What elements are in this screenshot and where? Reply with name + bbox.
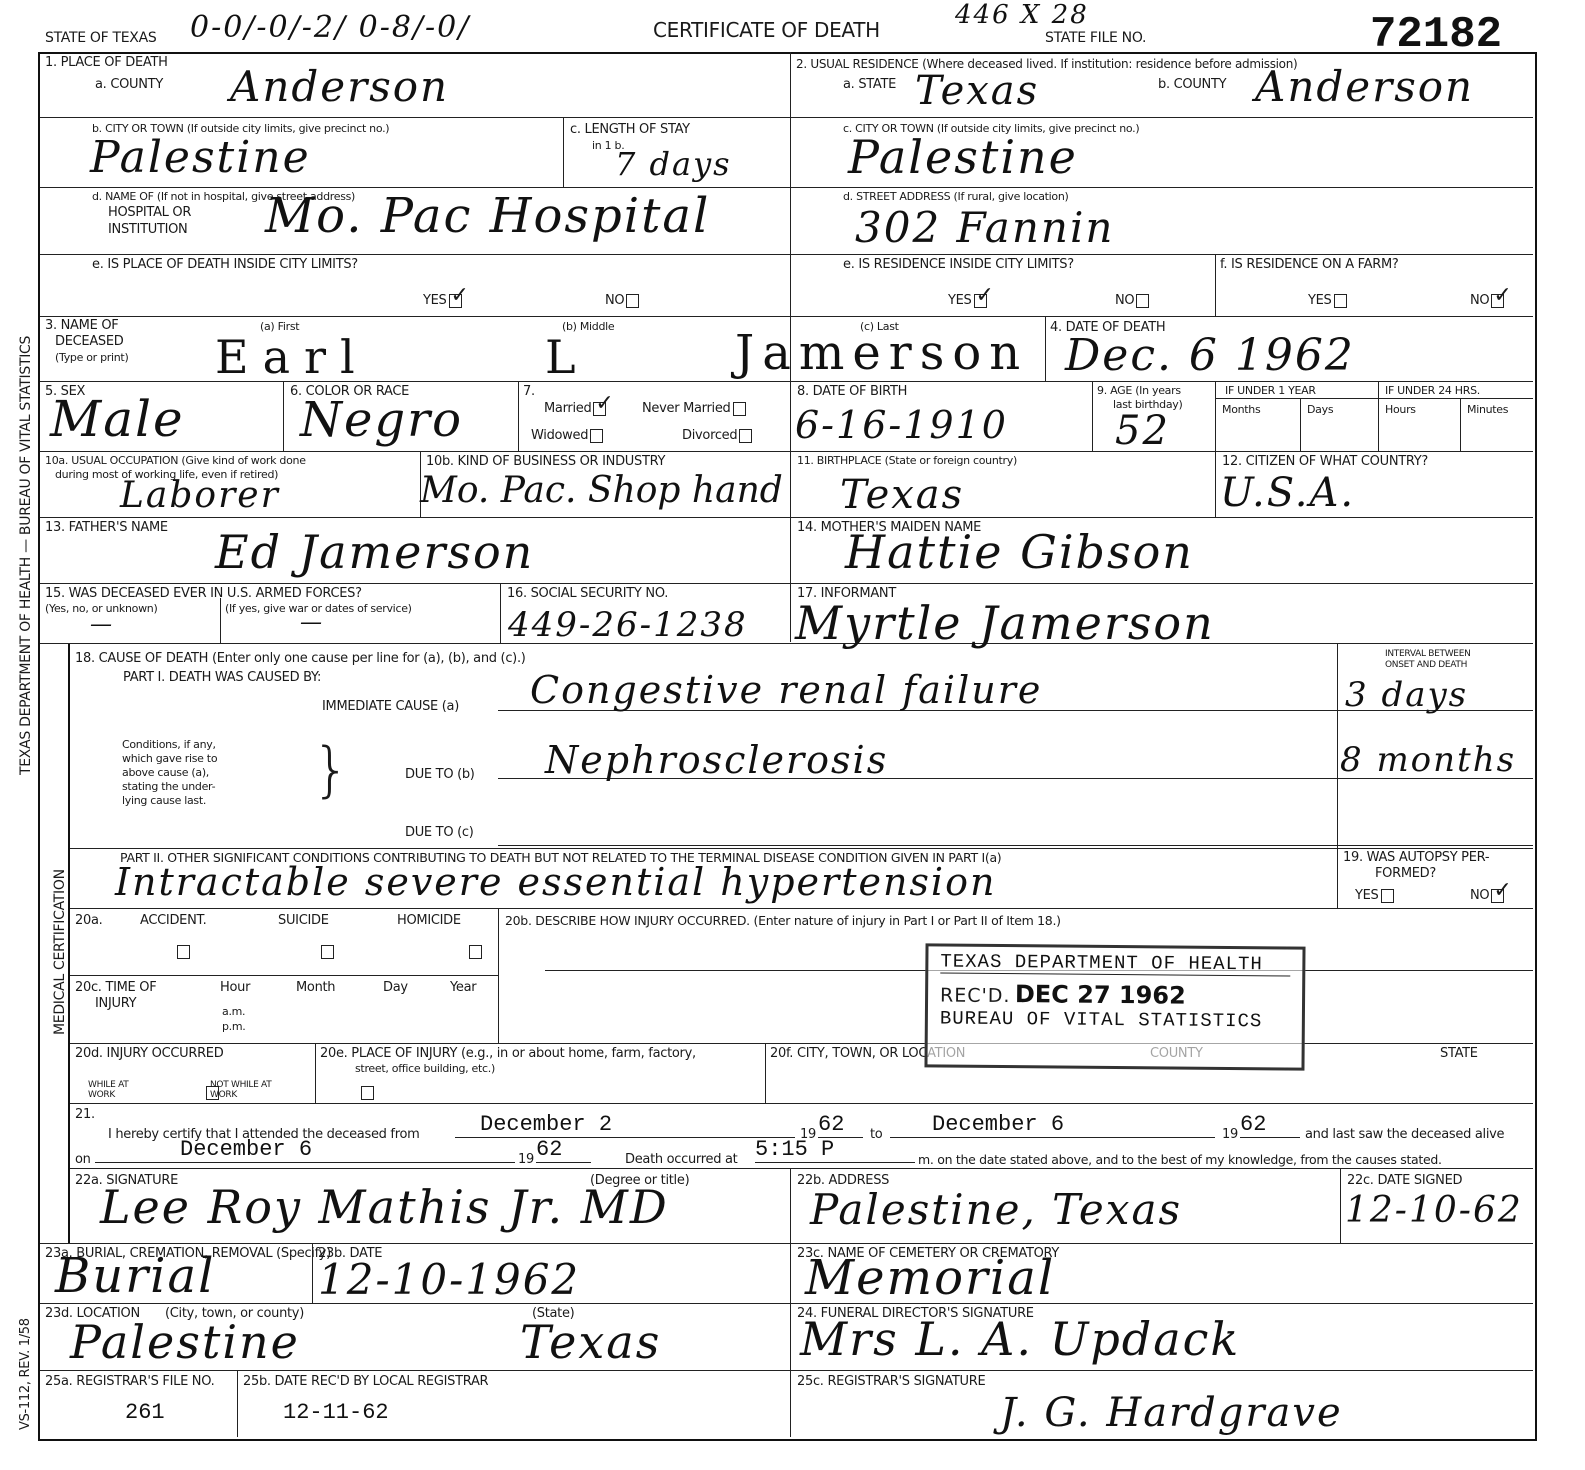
- attended-from-date: December 2: [455, 1112, 795, 1138]
- injury-occurred-label: 20d. INJURY OCCURRED: [75, 1046, 223, 1061]
- interval-label: INTERVAL BETWEEN: [1385, 649, 1471, 659]
- year-prefix: 19: [1222, 1127, 1238, 1142]
- date-recd-label: 25b. DATE REC'D BY LOCAL REGISTRAR: [243, 1374, 488, 1389]
- under-day-label: IF UNDER 24 HRS.: [1385, 384, 1480, 397]
- stamp-received-date: DEC 27 1962: [1015, 980, 1186, 1009]
- last-seen-date: December 6: [95, 1137, 515, 1163]
- farm-yes[interactable]: YES: [1308, 293, 1347, 308]
- note-line: lying cause last.: [122, 794, 217, 808]
- ssn-label: 16. SOCIAL SECURITY NO.: [507, 586, 668, 601]
- industry-label: 10b. KIND OF BUSINESS OR INDUSTRY: [426, 454, 665, 469]
- immediate-cause-label: IMMEDIATE CAUSE (a): [322, 699, 459, 714]
- farm-label: f. IS RESIDENCE ON A FARM?: [1220, 257, 1398, 272]
- divider: [790, 381, 791, 451]
- birthplace-label: 11. BIRTHPLACE (State or foreign country…: [797, 454, 1017, 467]
- stay-label: c. LENGTH OF STAY: [570, 122, 690, 137]
- date-signed-label: 22c. DATE SIGNED: [1347, 1173, 1462, 1188]
- disposition-value: Burial: [55, 1248, 215, 1304]
- death-time-value: 5:15 P: [755, 1137, 915, 1163]
- sex-value: Male: [50, 390, 185, 448]
- divider: [70, 908, 1533, 909]
- conditions-note: Conditions, if any, which gave rise to a…: [122, 738, 217, 808]
- residence-county-label: b. COUNTY: [1158, 77, 1226, 92]
- mother-value: Hattie Gibson: [845, 525, 1194, 579]
- age-value: 52: [1115, 408, 1170, 454]
- divider: [765, 1043, 766, 1103]
- hospital-label-2: HOSPITAL OR: [108, 205, 191, 220]
- divider: [1215, 254, 1216, 316]
- stamp-department: TEXAS DEPARTMENT OF HEALTH: [940, 950, 1290, 976]
- divider: [70, 1043, 1533, 1044]
- hospital-value: Mo. Pac Hospital: [265, 188, 710, 244]
- divider: [70, 1103, 1533, 1104]
- divider: [1378, 381, 1379, 451]
- divider: [40, 187, 1533, 188]
- industry-value: Mo. Pac. Shop hand: [420, 470, 783, 511]
- place-of-death-label: 1. PLACE OF DEATH: [45, 55, 168, 70]
- form-number-label: VS-112, REV. 1/58: [18, 1318, 33, 1430]
- pm-label: p.m.: [222, 1020, 246, 1033]
- checkbox-icon[interactable]: [626, 294, 639, 308]
- hours-label: Hours: [1385, 403, 1416, 416]
- name-label-3: (Type or print): [55, 351, 128, 364]
- occupation-label: 10a. USUAL OCCUPATION (Give kind of work…: [45, 454, 306, 467]
- minutes-label: Minutes: [1467, 403, 1508, 416]
- ssn-value: 449-26-1238: [508, 605, 748, 645]
- informant-value: Myrtle Jamerson: [795, 596, 1215, 650]
- no-label: NO: [1470, 888, 1489, 903]
- note-line: stating the under-: [122, 780, 217, 794]
- divider: [40, 1303, 1533, 1304]
- divider: [500, 583, 501, 643]
- county-label: a. COUNTY: [95, 77, 163, 92]
- months-label: Months: [1222, 403, 1260, 416]
- yes-label: YES: [1355, 888, 1379, 903]
- farm-no[interactable]: NO: [1470, 293, 1504, 308]
- hospital-label-3: INSTITUTION: [108, 222, 187, 237]
- under-year-label: IF UNDER 1 YEAR: [1225, 384, 1316, 397]
- marital-widowed[interactable]: Widowed: [531, 428, 603, 443]
- autopsy-no[interactable]: NO: [1470, 888, 1504, 903]
- divider: [790, 1168, 791, 1243]
- date-of-death-value: Dec. 6 1962: [1065, 330, 1355, 381]
- checkbox-icon[interactable]: [733, 402, 746, 416]
- interval-b-value: 8 months: [1340, 740, 1516, 780]
- divider: [70, 975, 498, 976]
- divider: [498, 845, 1533, 846]
- divider: [220, 598, 221, 643]
- divider: [283, 381, 284, 451]
- day-label: Day: [383, 980, 408, 995]
- physician-address-value: Palestine, Texas: [810, 1185, 1182, 1234]
- certification-number: 21.: [75, 1107, 95, 1122]
- note-line: Conditions, if any,: [122, 738, 217, 752]
- divider: [70, 1168, 1533, 1169]
- burial-city-value: Palestine: [70, 1315, 300, 1369]
- divider: [498, 908, 499, 1043]
- on-label: on: [75, 1152, 91, 1167]
- checkbox-checked-icon[interactable]: [1491, 889, 1504, 903]
- year-label: Year: [450, 980, 476, 995]
- department-side-label: TEXAS DEPARTMENT OF HEALTH — BUREAU OF V…: [18, 336, 34, 775]
- bracket-icon: }: [312, 735, 350, 805]
- dob-value: 6-16-1910: [795, 403, 1008, 447]
- checkbox-checked-icon[interactable]: [449, 294, 462, 308]
- divider: [1340, 1168, 1341, 1243]
- no-label: NO: [1115, 293, 1134, 308]
- received-stamp: TEXAS DEPARTMENT OF HEALTH REC'D. DEC 27…: [924, 943, 1305, 1070]
- note-line: which gave rise to: [122, 752, 217, 766]
- while-at-work-label: WHILE AT WORK: [88, 1080, 143, 1100]
- time-of-injury-label-2: INJURY: [95, 996, 136, 1011]
- attended-from-year: 62: [818, 1112, 863, 1138]
- last-name-value: Jamerson: [735, 325, 1028, 381]
- race-value: Negro: [300, 392, 463, 448]
- due-to-b-value: Nephrosclerosis: [545, 738, 888, 782]
- divider: [518, 381, 519, 451]
- annotation-handwritten: 446 X 28: [955, 0, 1089, 30]
- widowed-label: Widowed: [531, 428, 588, 443]
- divider: [40, 643, 1533, 644]
- marital-never-married[interactable]: Never Married: [642, 401, 746, 416]
- yes-label: YES: [948, 293, 972, 308]
- checkbox-icon[interactable]: [1136, 294, 1149, 308]
- divider: [1215, 381, 1216, 451]
- autopsy-label: 19. WAS AUTOPSY PER-: [1343, 850, 1489, 865]
- yes-label: YES: [1308, 293, 1332, 308]
- marital-married[interactable]: Married: [544, 401, 606, 416]
- checkbox-checked-icon[interactable]: [1491, 294, 1504, 308]
- first-name-value: Earl: [215, 330, 369, 384]
- state-label: STATE OF TEXAS: [45, 30, 156, 46]
- checkbox-icon[interactable]: [1334, 294, 1347, 308]
- father-label: 13. FATHER'S NAME: [45, 520, 168, 535]
- checkbox-icon[interactable]: [739, 429, 752, 443]
- due-to-c-label: DUE TO (c): [405, 825, 473, 840]
- divider: [1337, 643, 1338, 908]
- suicide-label: SUICIDE: [278, 913, 329, 928]
- residence-limits-label: e. IS RESIDENCE INSIDE CITY LIMITS?: [843, 257, 1074, 272]
- residence-limits-yes[interactable]: YES: [948, 293, 987, 308]
- name-label: 3. NAME OF: [45, 318, 118, 333]
- describe-injury-label: 20b. DESCRIBE HOW INJURY OCCURRED. (Ente…: [505, 913, 1061, 928]
- certification-text-2: and last saw the deceased alive: [1305, 1127, 1504, 1142]
- stamp-received-label: REC'D.: [940, 984, 1011, 1007]
- accident-checkbox[interactable]: [177, 945, 190, 959]
- divider: [40, 451, 1533, 452]
- divider: [237, 1370, 238, 1437]
- occupation-value: Laborer: [120, 475, 280, 516]
- certification-text-3: m. on the date stated above, and to the …: [918, 1152, 1442, 1167]
- divider: [1215, 451, 1216, 517]
- homicide-label: HOMICIDE: [397, 913, 461, 928]
- married-label: Married: [544, 401, 591, 416]
- cemetery-value: Memorial: [805, 1250, 1055, 1306]
- injury-state-label: STATE: [1440, 1046, 1478, 1061]
- marital-divorced[interactable]: Divorced: [682, 428, 752, 443]
- yes-label: YES: [423, 293, 447, 308]
- age-label: 9. AGE (In years: [1097, 384, 1181, 397]
- middle-name-value: L: [545, 330, 578, 384]
- no-label: NO: [1470, 293, 1489, 308]
- registrar-signature-label: 25c. REGISTRAR'S SIGNATURE: [797, 1374, 985, 1389]
- registrar-signature: J. G. Hardgrave: [1000, 1390, 1343, 1436]
- autopsy-label-2: FORMED?: [1375, 866, 1436, 881]
- not-at-work-checkbox[interactable]: [361, 1086, 374, 1100]
- citizen-label: 12. CITIZEN OF WHAT COUNTRY?: [1222, 454, 1428, 469]
- residence-county-value: Anderson: [1255, 62, 1474, 111]
- date-recd-value: 12-11-62: [283, 1400, 389, 1425]
- note-line: above cause (a),: [122, 766, 217, 780]
- death-time-label: Death occurred at: [625, 1152, 737, 1167]
- attended-to-date: December 6: [890, 1112, 1215, 1138]
- cause-label: 18. CAUSE OF DEATH (Enter only one cause…: [75, 651, 526, 666]
- divider: [1300, 398, 1301, 451]
- divider: [40, 117, 1533, 118]
- month-label: Month: [296, 980, 335, 995]
- armed-forces-value: —: [90, 612, 114, 637]
- dob-label: 8. DATE OF BIRTH: [797, 384, 907, 399]
- injury-type-label: 20a.: [75, 913, 102, 928]
- physician-signature: Lee Roy Mathis Jr. MD: [100, 1180, 669, 1234]
- attended-to-year: 62: [1240, 1112, 1300, 1138]
- street-label: d. STREET ADDRESS (If rural, give locati…: [843, 190, 1069, 203]
- citizen-value: U.S.A.: [1220, 470, 1355, 516]
- interval-label-2: ONSET AND DEATH: [1385, 660, 1467, 670]
- inside-limits-no[interactable]: NO: [605, 293, 639, 308]
- checkbox-icon[interactable]: [590, 429, 603, 443]
- accident-label: ACCIDENT.: [140, 913, 206, 928]
- birthplace-value: Texas: [840, 472, 964, 518]
- state-file-no-label: STATE FILE NO.: [1045, 30, 1146, 46]
- not-at-work-label: NOT WHILE AT WORK: [210, 1080, 280, 1100]
- inside-limits-label: e. IS PLACE OF DEATH INSIDE CITY LIMITS?: [92, 257, 358, 272]
- stamp-bureau: BUREAU OF VITAL STATISTICS: [940, 1007, 1290, 1032]
- burial-date-value: 12-10-1962: [318, 1255, 580, 1304]
- divider: [40, 1370, 1533, 1371]
- name-label-2: DECEASED: [55, 334, 123, 349]
- divider: [40, 583, 1533, 584]
- checkbox-checked-icon[interactable]: [974, 294, 987, 308]
- place-of-injury-label: 20e. PLACE OF INJURY (e.g., in or about …: [320, 1046, 696, 1061]
- divider: [1215, 398, 1533, 399]
- death-county-value: Anderson: [230, 62, 449, 111]
- due-to-b-label: DUE TO (b): [405, 767, 475, 782]
- interval-a-value: 3 days: [1345, 675, 1468, 715]
- divider: [1092, 381, 1093, 451]
- checkbox-icon[interactable]: [1381, 889, 1394, 903]
- divorced-label: Divorced: [682, 428, 737, 443]
- divider: [40, 254, 1533, 255]
- suicide-checkbox[interactable]: [321, 945, 334, 959]
- residence-limits-no[interactable]: NO: [1115, 293, 1149, 308]
- homicide-checkbox[interactable]: [469, 945, 482, 959]
- residence-city-value: Palestine: [848, 130, 1078, 184]
- funeral-director-signature: Mrs L. A. Updack: [800, 1312, 1240, 1366]
- days-label: Days: [1307, 403, 1333, 416]
- state-code-handwritten: 0-0/-0/-2/ 0-8/-0/: [190, 10, 470, 45]
- part2-value: Intractable severe essential hypertensio…: [115, 860, 996, 904]
- divider: [40, 316, 1533, 317]
- residence-label: 2. USUAL RESIDENCE (Where deceased lived…: [796, 57, 1297, 71]
- divider: [1045, 316, 1046, 381]
- divider: [40, 1243, 1533, 1244]
- never-married-label: Never Married: [642, 401, 731, 416]
- am-label: a.m.: [222, 1005, 245, 1018]
- burial-state-value: Texas: [520, 1315, 661, 1369]
- part1-label: PART I. DEATH WAS CAUSED BY:: [123, 670, 321, 685]
- autopsy-yes[interactable]: YES: [1355, 888, 1394, 903]
- divider: [315, 1043, 316, 1103]
- divider: [790, 1243, 791, 1437]
- residence-state-value: Texas: [915, 68, 1039, 114]
- divider: [563, 117, 564, 187]
- father-value: Ed Jamerson: [215, 525, 534, 579]
- time-of-injury-label: 20c. TIME OF: [75, 980, 156, 995]
- inside-limits-yes[interactable]: YES: [423, 293, 462, 308]
- street-value: 302 Fannin: [855, 203, 1114, 252]
- certificate-title: CERTIFICATE OF DEATH: [653, 18, 880, 42]
- checkbox-checked-icon[interactable]: [593, 402, 606, 416]
- divider: [40, 517, 1533, 518]
- residence-state-label: a. STATE: [843, 77, 896, 92]
- place-of-injury-label-2: street, office building, etc.): [355, 1062, 495, 1075]
- date-signed-value: 12-10-62: [1345, 1190, 1523, 1231]
- hour-label: Hour: [220, 980, 250, 995]
- registrar-file-no: 261: [125, 1400, 165, 1425]
- divider: [1460, 398, 1461, 451]
- year-prefix: 19: [518, 1152, 534, 1167]
- divider: [70, 848, 1533, 849]
- registrar-file-no-label: 25a. REGISTRAR'S FILE NO.: [45, 1374, 214, 1389]
- marital-label: 7.: [523, 384, 535, 399]
- armed-forces-label: 15. WAS DECEASED EVER IN U.S. ARMED FORC…: [45, 586, 362, 601]
- death-city-value: Palestine: [90, 132, 311, 183]
- stay-value: 7 days: [615, 145, 732, 183]
- no-label: NO: [605, 293, 624, 308]
- armed-dates-value: —: [300, 610, 324, 635]
- last-seen-year: 62: [536, 1137, 591, 1163]
- immediate-cause-value: Congestive renal failure: [530, 668, 1042, 712]
